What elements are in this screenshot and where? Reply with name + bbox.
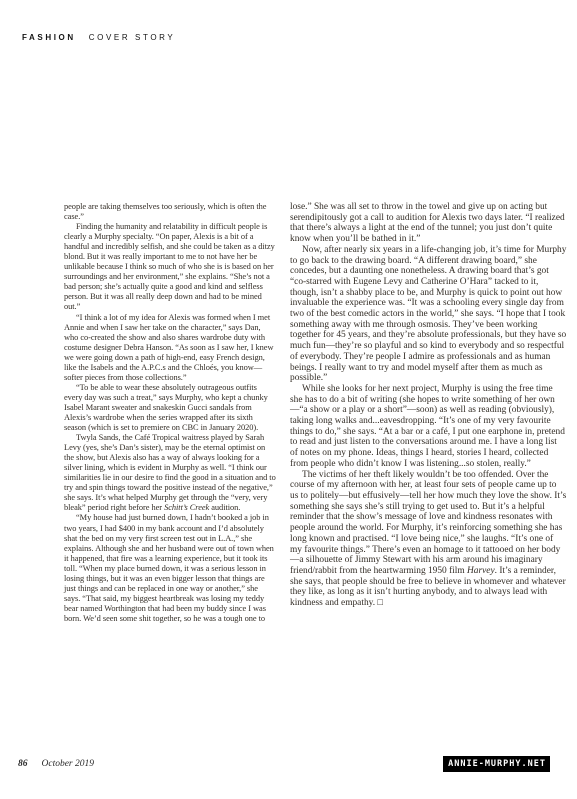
page-footer: 86October 2019 (18, 759, 94, 769)
article-paragraph: people are taking themselves too serious… (64, 202, 276, 222)
story-label: COVER STORY (89, 33, 176, 42)
article-paragraph: Twyla Sands, the Café Tropical waitress … (64, 433, 276, 513)
issue-date: October 2019 (42, 759, 95, 769)
article-columns: people are taking themselves too serious… (64, 202, 567, 624)
article-column-left: people are taking themselves too serious… (64, 202, 276, 624)
article-paragraph: The victims of her theft likely wouldn’t… (290, 470, 567, 609)
article-paragraph: While she looks for her next project, Mu… (290, 384, 567, 470)
article-paragraph: “I think a lot of my idea for Alexis was… (64, 313, 276, 383)
article-paragraph: “To be able to wear these absolutely out… (64, 383, 276, 433)
article-paragraph: Finding the humanity and relatability in… (64, 222, 276, 312)
section-label: FASHION (22, 33, 76, 42)
page-number: 86 (18, 759, 28, 769)
article-paragraph: Now, after nearly six years in a life-ch… (290, 245, 567, 384)
article-paragraph: lose.” She was all set to throw in the t… (290, 202, 567, 245)
watermark: ANNIE-MURPHY.NET (444, 757, 549, 771)
magazine-page: FASHIONCOVER STORY people are taking the… (0, 0, 577, 799)
page-header: FASHIONCOVER STORY (22, 33, 175, 42)
article-paragraph: “My house had just burned down, I hadn’t… (64, 513, 276, 624)
article-column-right: lose.” She was all set to throw in the t… (290, 202, 567, 624)
